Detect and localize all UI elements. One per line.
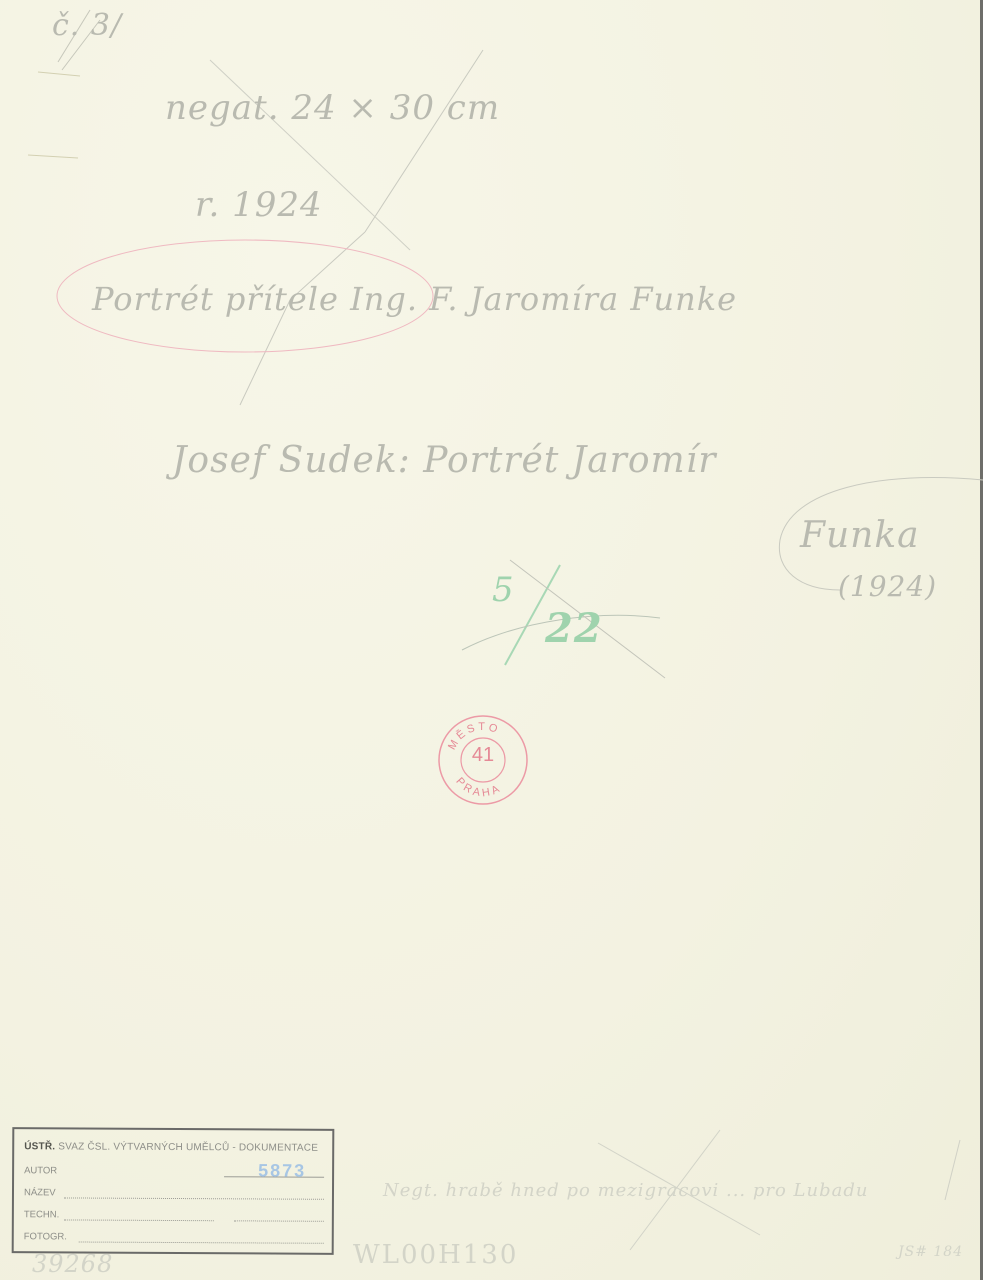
year-note: r. 1924 — [195, 185, 323, 225]
field-fotogr-line — [79, 1232, 324, 1244]
field-techn-line — [64, 1209, 214, 1221]
field-techn: TECHN. — [24, 1209, 324, 1222]
caption-year: (1924) — [838, 570, 937, 603]
photo-back-page — [0, 0, 981, 1280]
archive-box-stamp: ÚSTŘ. SVAZ ČSL. VÝTVARNÝCH UMĚLCŮ - DOKU… — [12, 1127, 335, 1255]
city-round-stamp: MĚSTO PRAHA 41 — [437, 714, 529, 806]
stamp-center-number: 41 — [437, 744, 529, 767]
archive-stamp-title-bold: ÚSTŘ. — [24, 1141, 55, 1152]
caption-line-1: Josef Sudek: Portrét Jaromír — [172, 440, 716, 481]
portrait-title-note: Portrét přítele Ing. F. Jaromíra Funke — [92, 280, 737, 318]
top-left-code: č. 3/ — [52, 8, 122, 43]
green-number-bottom: 22 — [545, 605, 603, 652]
archive-blue-number: 5873 — [258, 1160, 306, 1181]
bottom-center-code: WL00H130 — [353, 1240, 518, 1270]
svg-text:PRAHA: PRAHA — [453, 775, 504, 799]
field-nazev-line — [64, 1187, 324, 1199]
field-nazev-label: NÁZEV — [24, 1187, 56, 1198]
field-autor-label: AUTOR — [24, 1165, 57, 1176]
negative-size-note: negat. 24 × 30 cm — [165, 88, 500, 128]
field-nazev: NÁZEV — [24, 1187, 324, 1200]
field-fotogr-label: FOTOGR. — [24, 1231, 67, 1242]
caption-line-2: Funka — [800, 515, 920, 556]
archive-stamp-title-rest: SVAZ ČSL. VÝTVARNÝCH UMĚLCŮ - DOKUMENTAC… — [58, 1141, 318, 1153]
bottom-right-code: JS# 184 — [898, 1244, 963, 1260]
stamp-bottom-text: PRAHA — [453, 775, 504, 799]
field-techn-line-2 — [234, 1210, 324, 1221]
bottom-left-number: 39268 — [32, 1250, 113, 1278]
green-number-top: 5 — [492, 570, 515, 610]
archive-stamp-title: ÚSTŘ. SVAZ ČSL. VÝTVARNÝCH UMĚLCŮ - DOKU… — [24, 1141, 318, 1154]
field-techn-label: TECHN. — [24, 1209, 59, 1220]
field-fotogr: FOTOGR. — [24, 1231, 324, 1244]
bottom-note: Negt. hrabě hned po mezigracovi ... pro … — [383, 1180, 868, 1201]
